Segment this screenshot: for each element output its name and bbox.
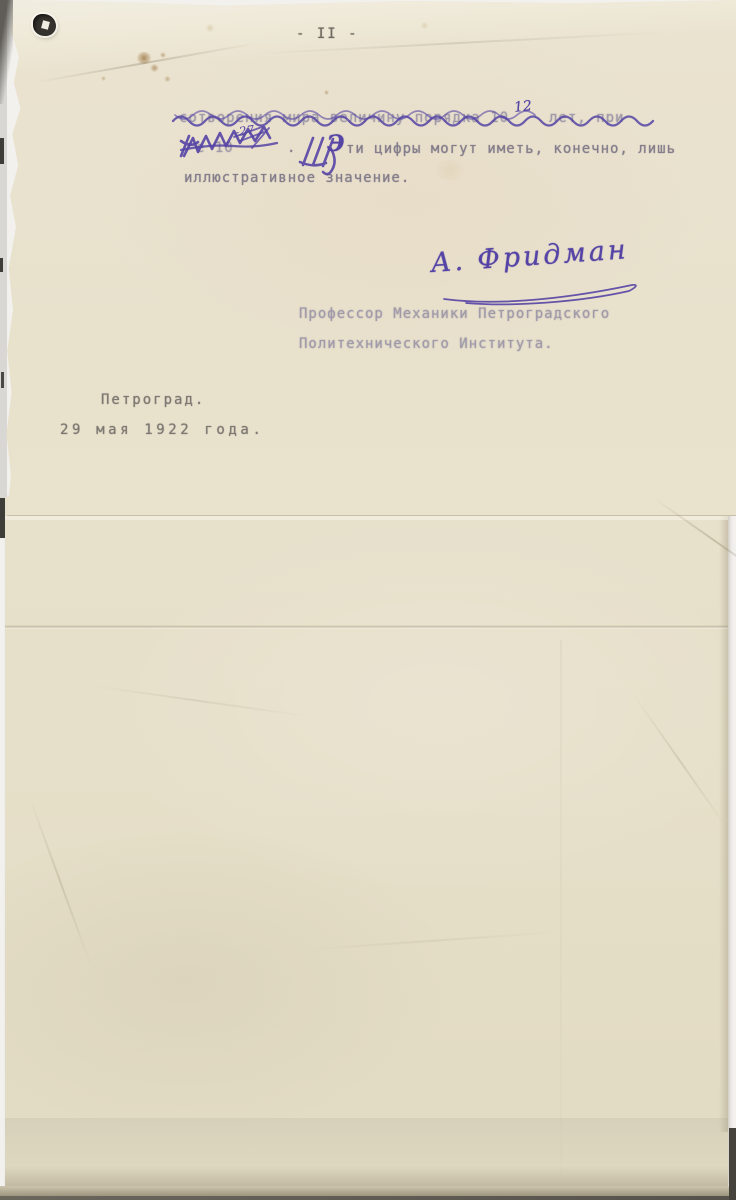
dateline-place: Петроград.: [101, 392, 205, 408]
typed-sentence: ти цифры могут иметь, конечно, лишь: [346, 141, 676, 157]
scan-right-edge: [729, 1128, 736, 1200]
credentials-line-2: Политехнического Института.: [299, 336, 554, 352]
fold-seam-highlight: [5, 516, 728, 520]
struck-sentence-tail: лет, при: [549, 110, 624, 126]
struck-sentence: сотворения мира величину порядка 10: [179, 110, 509, 126]
torn-corner-shadow: [0, 0, 13, 104]
typed-period: .: [287, 140, 296, 156]
dateline-date: 29 мая 1922 года.: [60, 422, 265, 438]
paper-sheet-bottom-blank: [5, 497, 728, 1186]
page-number: - II -: [296, 26, 359, 42]
handwritten-capital-e: Э: [327, 131, 345, 157]
handwritten-exponent-27: -27: [234, 123, 255, 140]
handwritten-exponent-12: 12: [513, 98, 532, 116]
paper-right-edge-shadow: [719, 516, 728, 1132]
scan-bottom-edge: [0, 1196, 736, 1200]
scribbled-typed-fragment: е 10: [196, 140, 234, 156]
credentials-line-1: Профессор Механики Петроградского: [299, 306, 610, 322]
typed-sentence-2: иллюстративное значение.: [184, 170, 410, 186]
scanned-document-page: - II - сотворения мира величину порядка …: [0, 0, 736, 1200]
